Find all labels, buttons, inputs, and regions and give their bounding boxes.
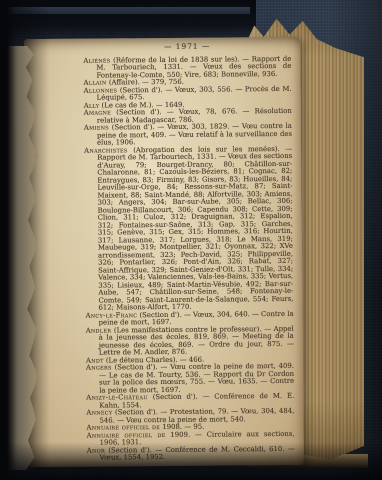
entry-text: (Section d'). — Vœux, 303, 556. — Procès…	[97, 84, 292, 101]
entry-text: (Section d'). — Conférence de M. Ceccald…	[100, 444, 295, 461]
photographed-open-book: — 1971 — Aliénés (Réforme de la loi de 1…	[0, 0, 382, 480]
entry-text: (Abrogation des lois sur les menées). — …	[97, 144, 293, 311]
index-entry: Angers (Section d'). — Vœu contre la pei…	[86, 363, 294, 395]
index-text-column: — 1971 — Aliénés (Réforme de la loi de 1…	[83, 42, 295, 462]
index-entry: Andler (Les manifestations contre le pro…	[86, 325, 294, 357]
book-page: — 1971 — Aliénés (Réforme de la loi de 1…	[24, 37, 304, 467]
cover-top-edge	[0, 7, 250, 14]
index-entry: Anor (Section d'). — Conférence de M. Ce…	[87, 445, 295, 462]
index-entry: Aliénés (Réforme de la loi de 1838 sur l…	[83, 55, 291, 79]
page-number: — 1971 —	[83, 42, 291, 51]
entry-text: (Section d'). — Vœux, 303, 1829. — Vœu c…	[97, 122, 292, 147]
index-entry: Anarchistes (Abrogation des lois sur les…	[84, 145, 293, 312]
index-entry: Amiens (Section d'). — Vœux, 303, 1829. …	[84, 123, 292, 147]
entry-text: (Réforme de la loi de 1838 sur les). — R…	[96, 54, 291, 79]
entry-text: (Section d'). — Vœu contre la peine de m…	[99, 362, 294, 394]
entry-text: (Les manifestations contre le professeur…	[99, 324, 294, 356]
entry-text: (Section d'). — Protestation, 79. — Vœu,…	[99, 407, 294, 424]
